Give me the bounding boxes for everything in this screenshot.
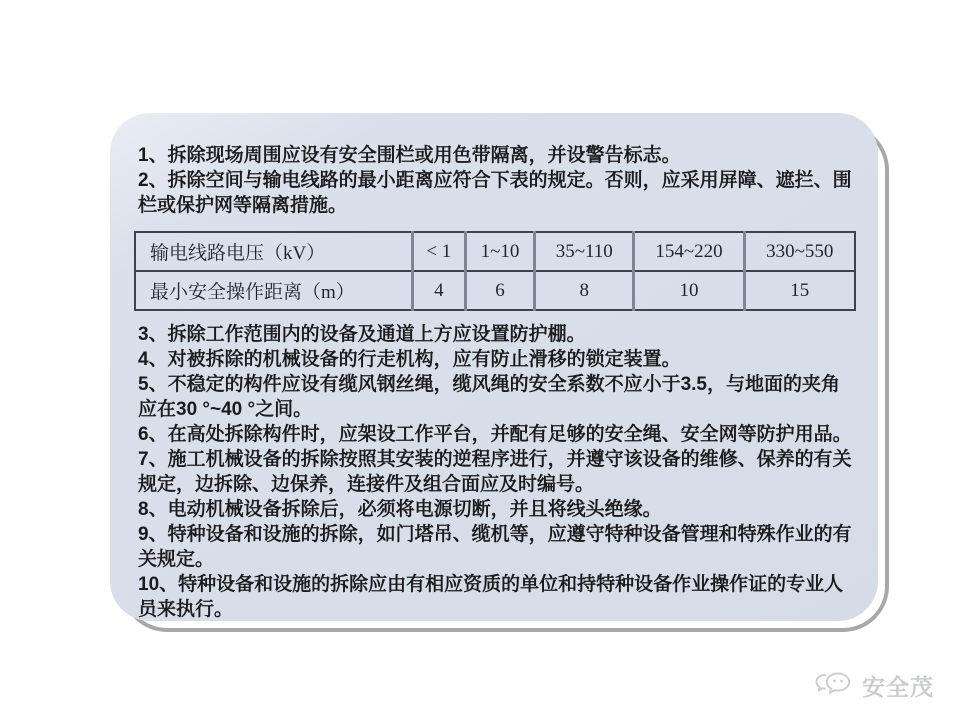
rule-item-10: 10、特种设备和设施的拆除应由有相应资质的单位和持特种设备作业操作证的专业人员来… [138,572,854,621]
card-content: 1、拆除现场周围应设有安全围栏或用色带隔离，并设警告标志。 2、拆除空间与输电线… [110,113,878,621]
voltage-cell-4: 154~220 [634,232,744,271]
rule-item-1: 1、拆除现场周围应设有安全围栏或用色带隔离，并设警告标志。 [138,143,854,168]
voltage-cell-3: 35~110 [535,232,634,271]
rule-item-2: 2、拆除空间与输电线路的最小距离应符合下表的规定。否则，应采用屏障、遮拦、围栏或… [138,168,854,218]
rule-item-5: 5、不稳定的构件应设有缆风钢丝绳，缆风绳的安全系数不应小于3.5，与地面的夹角应… [138,372,854,422]
content-card: 1、拆除现场周围应设有安全围栏或用色带隔离，并设警告标志。 2、拆除空间与输电线… [110,113,878,621]
voltage-cell-2: 1~10 [465,232,534,271]
rule-item-7: 7、施工机械设备的拆除按照其安装的逆程序进行，并遵守该设备的维修、保养的有关规定… [138,447,854,497]
table-row-distance: 最小安全操作距离（m） 4 6 8 10 15 [135,271,855,310]
table-row-voltage: 输电线路电压（kV） < 1 1~10 35~110 154~220 330~5… [135,232,855,271]
voltage-row-label: 输电线路电压（kV） [135,232,412,271]
rule-item-3: 3、拆除工作范围内的设备及通道上方应设置防护棚。 [138,322,854,347]
presentation-slide: 1、拆除现场周围应设有安全围栏或用色带隔离，并设警告标志。 2、拆除空间与输电线… [0,0,960,720]
distance-cell-3: 8 [535,271,634,310]
distance-row-label: 最小安全操作距离（m） [135,271,412,310]
chat-bubbles-icon [814,671,856,701]
rules-top: 1、拆除现场周围应设有安全围栏或用色带隔离，并设警告标志。 2、拆除空间与输电线… [138,143,854,218]
distance-cell-5: 15 [744,271,855,310]
distance-cell-1: 4 [412,271,465,310]
rule-item-9: 9、特种设备和设施的拆除，如门塔吊、缆机等，应遵守特种设备管理和特殊作业的有关规… [138,522,854,572]
rule-item-8: 8、电动机械设备拆除后，必须将电源切断，并且将线头绝缘。 [138,497,854,522]
safety-distance-table: 输电线路电压（kV） < 1 1~10 35~110 154~220 330~5… [134,231,856,311]
rule-item-6: 6、在高处拆除构件时，应架设工作平台，并配有足够的安全绳、安全网等防护用品。 [138,422,854,447]
distance-cell-4: 10 [634,271,744,310]
rule-item-4: 4、对被拆除的机械设备的行走机构，应有防止滑移的锁定装置。 [138,347,854,372]
watermark-logo: 安全茂 [814,669,934,702]
voltage-cell-5: 330~550 [744,232,855,271]
rules-bottom: 3、拆除工作范围内的设备及通道上方应设置防护棚。 4、对被拆除的机械设备的行走机… [138,322,854,621]
distance-cell-2: 6 [465,271,534,310]
logo-text: 安全茂 [862,669,934,702]
voltage-cell-1: < 1 [412,232,465,271]
